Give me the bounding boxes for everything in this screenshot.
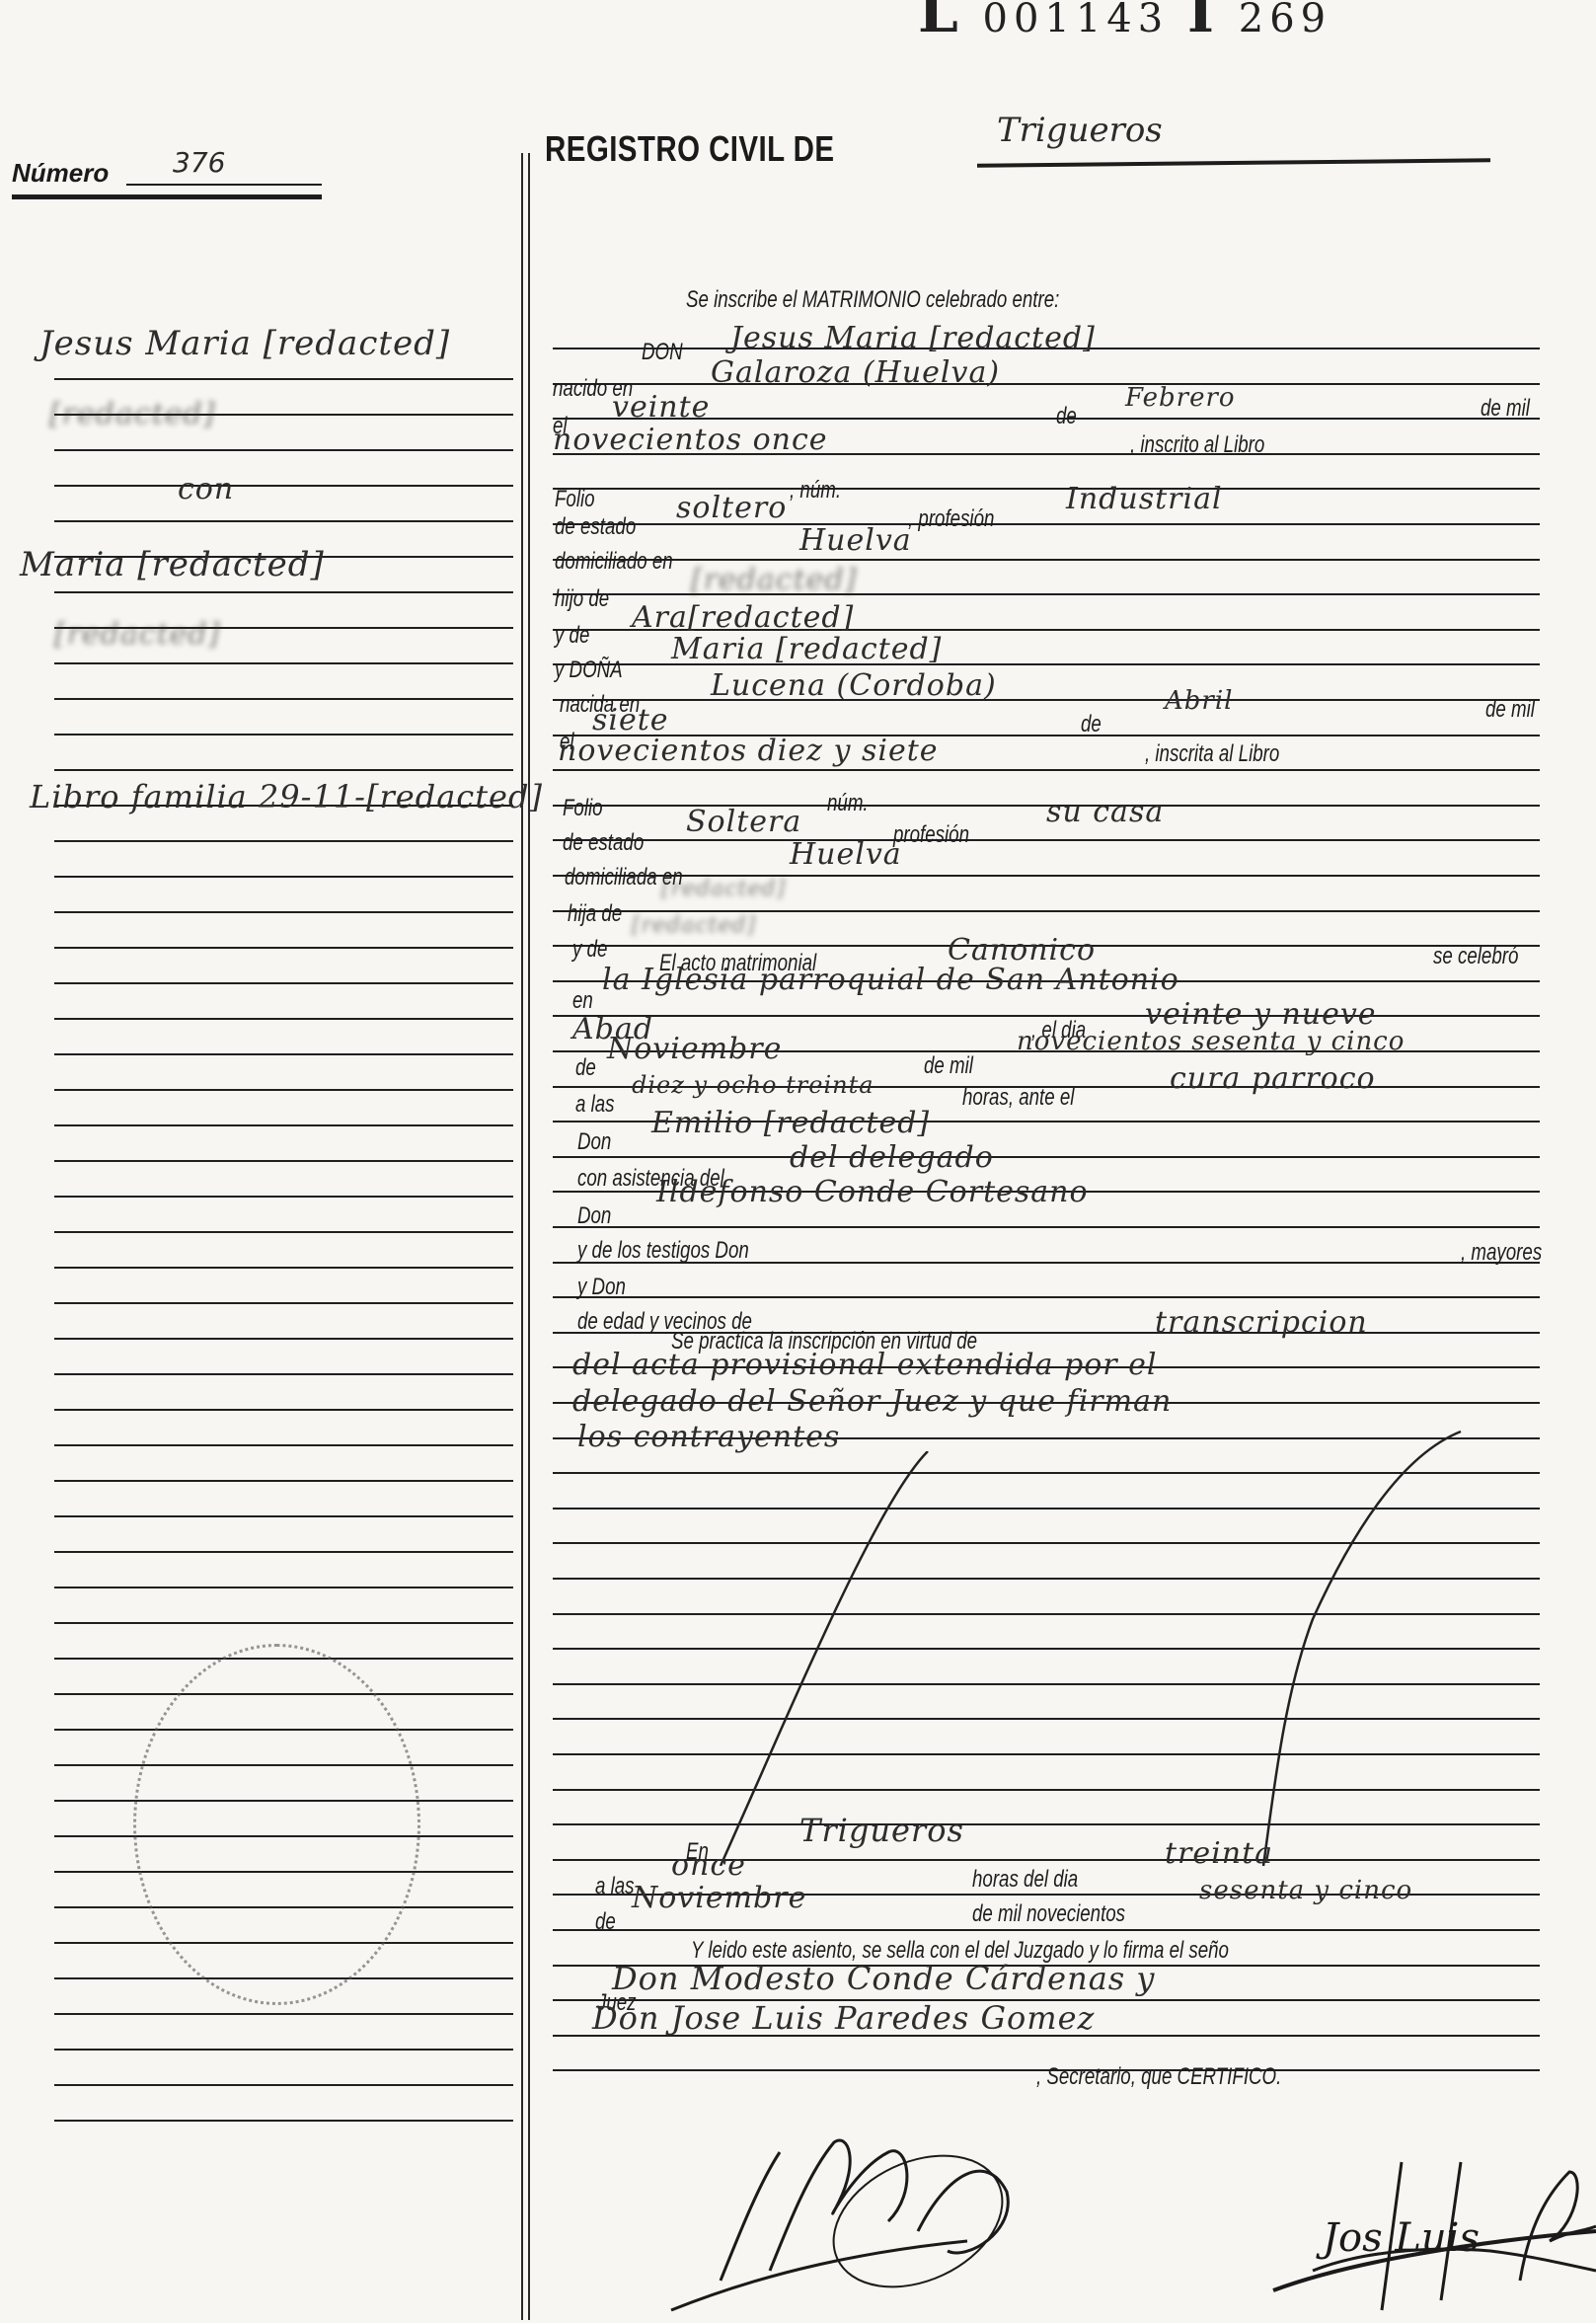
closing-year: sesenta y cinco	[1199, 1876, 1412, 1905]
margin-libro-familia: Libro familia 29-11-[redacted]	[30, 778, 543, 815]
margin-ruled-line	[54, 1267, 513, 1269]
margin-ruled-line	[54, 1089, 513, 1091]
bride-y-de-label: y de	[572, 936, 607, 964]
margin-ruled-line	[54, 1551, 513, 1553]
margin-ruled-line	[54, 876, 513, 878]
margin-groom-name: Jesus Maria [redacted]	[39, 324, 450, 363]
serial-number: L 001143 I 269	[918, 0, 1331, 45]
form-ruled-line	[553, 559, 1540, 561]
bride-father: [redacted]	[661, 877, 786, 901]
margin-ruled-line	[54, 485, 513, 487]
page-title: REGISTRO CIVIL DE	[545, 128, 834, 170]
bride-folio-label: Folio	[563, 795, 603, 822]
svg-text:Jos Luis: Jos Luis	[1316, 2215, 1480, 2261]
testigos-label: y de los testigos Don	[577, 1237, 749, 1265]
bride-libro-label: , inscrita al Libro	[1145, 740, 1279, 768]
bride-estado-label: de estado	[563, 829, 644, 857]
serial-series: I	[1187, 0, 1220, 45]
margin-ruled-line	[54, 1124, 513, 1126]
groom-num-label: , núm.	[790, 477, 841, 504]
closing-month: Noviembre	[632, 1881, 806, 1915]
virtud-line-1: transcripcion	[1155, 1305, 1368, 1340]
groom-y-de-label: y de	[555, 622, 589, 650]
secretary-signature-icon: Jos Luis	[1234, 2132, 1596, 2323]
bride-mother: [redacted]	[632, 913, 756, 938]
delegate-name: Ildefonso Conde Cortesano	[656, 1175, 1089, 1209]
officiant-name: Emilio [redacted]	[651, 1106, 930, 1140]
groom-profesion-label: , profesión	[908, 505, 994, 533]
se-celebro-label: se celebró	[1433, 943, 1518, 970]
court-seal-stamp	[133, 1644, 420, 2005]
virtud-line-4: los contrayentes	[577, 1420, 840, 1454]
ceremony-a-las-label: a las	[575, 1091, 615, 1119]
closing-place: Trigueros	[799, 1812, 964, 1849]
title-underline	[977, 158, 1490, 167]
registry-location: Trigueros	[997, 111, 1163, 150]
ceremony-time: diez y ocho treinta	[632, 1071, 874, 1099]
margin-ruled-line	[54, 734, 513, 736]
bride-birth-month: Abril	[1165, 686, 1233, 716]
bride-num-label: núm.	[827, 790, 869, 817]
numero-underline	[126, 184, 322, 186]
margin-ruled-line	[54, 982, 513, 984]
horas-dia-label: horas del dia	[972, 1866, 1078, 1894]
margin-ruled-line	[54, 662, 513, 664]
bride-domicilio: Huelva	[790, 837, 902, 872]
ceremony-place-1: la Iglesia parroquial de San Antonio	[602, 963, 1179, 997]
margin-ruled-line	[54, 1160, 513, 1162]
groom-de-label: de	[1056, 403, 1077, 430]
delegate-don-label: Don	[577, 1202, 611, 1230]
bride-dona-label: y DOÑA	[555, 657, 623, 684]
officiant-don-label: Don	[577, 1128, 611, 1156]
margin-ruled-line	[54, 947, 513, 949]
closing-hour: once	[671, 1848, 746, 1883]
groom-libro-label: , inscrito al Libro	[1130, 431, 1264, 459]
virtud-line-2: del acta provisional extendida por el	[572, 1348, 1158, 1382]
margin-ruled-line	[54, 1409, 513, 1411]
form-ruled-line	[553, 383, 1540, 385]
groom-estado: soltero	[676, 491, 787, 525]
margin-ruled-line	[54, 1338, 513, 1340]
numero-value: 376	[173, 146, 225, 179]
serial-number-value: 001143	[983, 0, 1170, 41]
form-ruled-line	[553, 699, 1540, 701]
margin-connector: con	[178, 472, 234, 506]
margin-ruled-line	[54, 2013, 513, 2015]
ceremony-de-mil-label: de mil	[924, 1052, 973, 1080]
groom-de-mil-label: de mil	[1481, 395, 1530, 423]
serial-suffix: 269	[1239, 0, 1331, 41]
form-ruled-line	[553, 488, 1540, 490]
bride-profesion-label: profesión	[893, 821, 969, 849]
margin-ruled-line	[54, 2084, 513, 2086]
bride-birth-day: siete	[592, 703, 669, 737]
margin-bride-name: Maria [redacted]	[20, 545, 325, 584]
secretario-name: Don Jose Luis Paredes Gomez	[592, 1999, 1095, 2037]
margin-ruled-line	[54, 520, 513, 522]
margin-ruled-line	[54, 1587, 513, 1588]
closing-de-mil-label: de mil novecientos	[972, 1900, 1125, 1928]
margin-ruled-line	[54, 1373, 513, 1375]
ceremony-month: Noviembre	[607, 1032, 782, 1066]
groom-birthplace: Galaroza (Huelva)	[711, 355, 1000, 390]
margin-ruled-line	[54, 1231, 513, 1233]
margin-ruled-line	[54, 1018, 513, 1020]
groom-folio-label: Folio	[555, 486, 595, 513]
bride-estado: Soltera	[686, 805, 801, 839]
asistencia-value: del delegado	[790, 1140, 994, 1175]
groom-domicilio-label: domiciliado en	[555, 548, 673, 576]
margin-groom-surname: [redacted]	[49, 397, 215, 431]
margin-ruled-line	[54, 1196, 513, 1198]
groom-birth-year: novecientos once	[553, 423, 828, 457]
serial-prefix: L	[918, 0, 964, 45]
margin-ruled-line	[54, 911, 513, 913]
form-ruled-line	[553, 1226, 1540, 1228]
ceremony-en-label: en	[572, 987, 593, 1015]
form-ruled-line	[553, 839, 1540, 841]
blank-space-cancel-stroke	[632, 1451, 967, 1866]
horas-ante-label: horas, ante el	[962, 1084, 1074, 1112]
column-divider	[521, 153, 523, 2320]
numero-double-rule	[12, 194, 322, 199]
blank-space-cancel-stroke-2	[987, 1422, 1481, 1876]
margin-ruled-line	[54, 2049, 513, 2051]
groom-birth-day: veinte	[612, 390, 710, 425]
officiant-role: cura parroco	[1170, 1061, 1376, 1096]
groom-father: [redacted]	[691, 563, 857, 597]
margin-ruled-line	[54, 769, 513, 771]
groom-hijo-label: hijo de	[555, 585, 609, 613]
margin-ruled-line	[54, 449, 513, 451]
groom-mother: Ara[redacted]	[632, 600, 854, 635]
form-ruled-line	[553, 1156, 1540, 1158]
ceremony-year: novecientos sesenta y cinco	[1017, 1027, 1405, 1056]
margin-ruled-line	[54, 1515, 513, 1517]
virtud-line-3: delegado del Señor Juez y que firman	[572, 1384, 1172, 1419]
margin-ruled-line	[54, 1302, 513, 1304]
form-ruled-line	[553, 910, 1540, 912]
groom-don-label: DON	[642, 339, 683, 366]
judge-signature-icon	[592, 2113, 1105, 2323]
bride-de-label: de	[1081, 711, 1102, 738]
margin-ruled-line	[54, 591, 513, 593]
mayores-label: , mayores	[1461, 1239, 1542, 1267]
margin-ruled-line	[54, 1053, 513, 1055]
groom-name: Jesus Maria [redacted]	[730, 321, 1096, 355]
groom-estado-label: de estado	[555, 513, 636, 541]
margin-ruled-line	[54, 378, 513, 380]
groom-domicilio: Huelva	[799, 523, 912, 558]
bride-name: Maria [redacted]	[671, 632, 942, 666]
column-divider-inner	[528, 153, 530, 2320]
margin-ruled-line	[54, 2120, 513, 2122]
closing-de-label: de	[595, 1908, 616, 1936]
margin-ruled-line	[54, 1444, 513, 1446]
form-ruled-line	[553, 769, 1540, 771]
closing-a-las-label: a las	[595, 1873, 635, 1900]
margin-ruled-line	[54, 1480, 513, 1482]
ceremony-de-label: de	[575, 1054, 596, 1082]
bride-de-mil-label: de mil	[1485, 696, 1535, 724]
secretario-certifico: , Secretario, que CERTIFICO.	[1036, 2063, 1281, 2091]
y-don-label: y Don	[577, 1274, 626, 1301]
bride-hija-label: hija de	[568, 900, 622, 928]
form-ruled-line	[553, 1929, 1540, 1931]
bride-profesion: su casa	[1046, 795, 1164, 829]
numero-label: Número	[12, 158, 109, 189]
margin-ruled-line	[54, 1622, 513, 1624]
margin-ruled-line	[54, 840, 513, 842]
juez-name: Don Modesto Conde Cárdenas y	[612, 1960, 1155, 1997]
margin-bride-surname: [redacted]	[54, 617, 220, 652]
groom-birth-month: Febrero	[1125, 383, 1236, 413]
groom-profesion: Industrial	[1066, 482, 1223, 516]
bride-birthplace: Lucena (Cordoba)	[711, 668, 997, 703]
intro-text: Se inscribe el MATRIMONIO celebrado entr…	[686, 286, 1059, 314]
form-ruled-line	[553, 1296, 1540, 1298]
bride-birth-year: novecientos diez y siete	[558, 734, 939, 768]
margin-ruled-line	[54, 698, 513, 700]
closing-day: treinta	[1165, 1836, 1273, 1871]
